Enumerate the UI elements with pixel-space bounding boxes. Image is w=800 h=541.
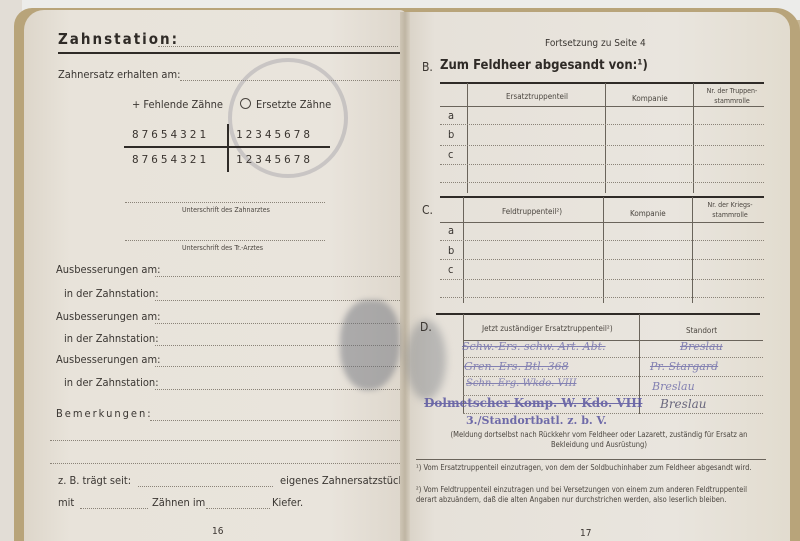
legend-missing: + Fehlende Zähne	[132, 98, 223, 111]
remarks-field-2[interactable]	[50, 440, 400, 441]
b-header-kompanie: Kompanie	[632, 94, 668, 103]
section-c-top-rule	[440, 196, 764, 198]
c-col-divider-1	[463, 197, 464, 303]
d-entry-3-location: Breslau	[652, 380, 695, 393]
wears-since-label: z. B. trägt seit:	[58, 474, 131, 487]
section-b-letter: B.	[422, 60, 433, 74]
repair-label-3: Ausbesserungen am:	[56, 353, 160, 366]
teeth-lower-right: 12345678	[236, 153, 313, 166]
own-denture-label: eigenes Zahnersatzstück	[280, 474, 404, 487]
section-d-note: (Meldung dortselbst nach Rückkehr vom Fe…	[434, 430, 764, 450]
b-row-c-line[interactable]	[440, 164, 764, 165]
sig-doctor-label: Unterschrift des Tr.-Arztes	[182, 244, 263, 252]
station-label-2: in der Zahnstation:	[64, 332, 159, 345]
b-col-divider-3	[693, 83, 694, 193]
wears-since-field[interactable]	[138, 486, 273, 487]
footnote-2: ²) Vom Feldtruppenteil einzutragen und b…	[416, 485, 766, 505]
b-row-b: b	[448, 128, 454, 141]
c-row-a: a	[448, 224, 454, 237]
repair-label-1: Ausbesserungen am:	[56, 263, 160, 276]
c-row-a-line[interactable]	[440, 240, 764, 241]
d-entry-1-location: Breslau	[680, 340, 723, 353]
d-entry-2-location: Pr. Stargard	[650, 360, 718, 373]
remarks-field-1[interactable]	[150, 420, 400, 421]
remarks-field-3[interactable]	[50, 463, 400, 464]
title-rule	[58, 52, 400, 54]
c-row-b-line[interactable]	[440, 259, 764, 260]
d-entry-4-location: Breslau	[660, 397, 707, 411]
b-row-c: c	[448, 148, 453, 161]
b-header-ersatztruppenteil: Ersatztruppenteil	[506, 92, 568, 101]
d-entry-1-unit: Schw.-Ers. schw. Art. Abt.	[462, 340, 606, 353]
b-row-a: a	[448, 109, 454, 122]
jaw-field[interactable]	[206, 508, 270, 509]
section-d-top-rule	[436, 313, 760, 315]
ink-stain	[340, 300, 400, 390]
c-row-c-line[interactable]	[440, 279, 764, 280]
sig-dentist-line[interactable]	[125, 202, 325, 203]
page-number-17: 17	[580, 528, 591, 539]
teeth-in-label: Zähnen im	[152, 496, 205, 509]
section-b-title: Zum Feldheer abgesandt von:¹)	[440, 58, 648, 73]
c-header-rule	[440, 222, 764, 223]
section-b-top-rule	[440, 82, 764, 84]
standort-stamp: 3./Standortbatl. z. b. V.	[466, 414, 607, 427]
station-label-3: in der Zahnstation:	[64, 376, 159, 389]
teeth-upper-left: 87654321	[132, 128, 209, 141]
d-row-1-line[interactable]	[463, 357, 763, 358]
d-row-2-line[interactable]	[463, 376, 763, 377]
b-row-a-line[interactable]	[440, 124, 764, 125]
section-c-letter: C.	[422, 203, 433, 217]
teeth-vertical-rule	[227, 124, 229, 172]
remarks-label: Bemerkungen:	[56, 407, 153, 420]
b-col-divider-1	[467, 83, 468, 193]
c-row-d-line[interactable]	[440, 297, 764, 298]
book-gutter	[400, 12, 410, 541]
zahnstation-line	[158, 46, 398, 47]
b-header-stammrolle: Nr. der Truppen-stammrolle	[700, 86, 764, 106]
sig-dentist-label: Unterschrift des Zahnarztes	[182, 206, 270, 214]
jaw-label: Kiefer.	[272, 496, 303, 509]
c-header-feldtruppenteil: Feldtruppenteil²)	[502, 207, 562, 216]
d-entry-3-unit: Schn. Erg. Wkdo. VIII	[466, 378, 577, 389]
c-header-stammrolle: Nr. der Kriegs-stammrolle	[698, 200, 762, 220]
teeth-upper-right: 12345678	[236, 128, 313, 141]
b-col-divider-2	[605, 83, 606, 193]
c-col-divider-3	[692, 197, 693, 303]
b-row-d-line[interactable]	[440, 182, 764, 183]
footnote-rule	[416, 459, 766, 460]
c-col-divider-2	[603, 197, 604, 303]
circle-icon	[240, 98, 251, 109]
zahnersatz-field[interactable]	[180, 80, 400, 81]
c-row-b: b	[448, 244, 454, 257]
continuation-heading: Fortsetzung zu Seite 4	[545, 38, 646, 49]
teeth-count-field[interactable]	[80, 508, 148, 509]
c-header-kompanie: Kompanie	[630, 209, 666, 218]
b-header-rule	[440, 106, 764, 107]
c-row-c: c	[448, 263, 453, 276]
b-row-b-line[interactable]	[440, 145, 764, 146]
d-entry-2-unit: Gren. Ers. Btl. 368	[464, 360, 569, 373]
with-label: mit	[58, 496, 74, 509]
legend-replaced: Ersetzte Zähne	[256, 98, 331, 111]
sig-doctor-line[interactable]	[125, 240, 325, 241]
repair-field-1[interactable]	[155, 276, 400, 277]
station-label-1: in der Zahnstation:	[64, 287, 159, 300]
d-entry-4-stamp: Dolmetscher Komp. W. Kdo. VIII	[424, 396, 642, 410]
teeth-lower-left: 87654321	[132, 153, 209, 166]
section-d-letter: D.	[420, 320, 432, 334]
d-header-ersatztruppenteil: Jetzt zuständiger Ersatztruppenteil²)	[482, 324, 613, 333]
repair-label-2: Ausbesserungen am:	[56, 310, 160, 323]
footnote-1: ¹) Vom Ersatztruppenteil einzutragen, vo…	[416, 463, 766, 473]
page-number-16: 16	[212, 526, 223, 537]
d-header-standort: Standort	[686, 326, 717, 335]
zahnersatz-label: Zahnersatz erhalten am:	[58, 68, 180, 81]
